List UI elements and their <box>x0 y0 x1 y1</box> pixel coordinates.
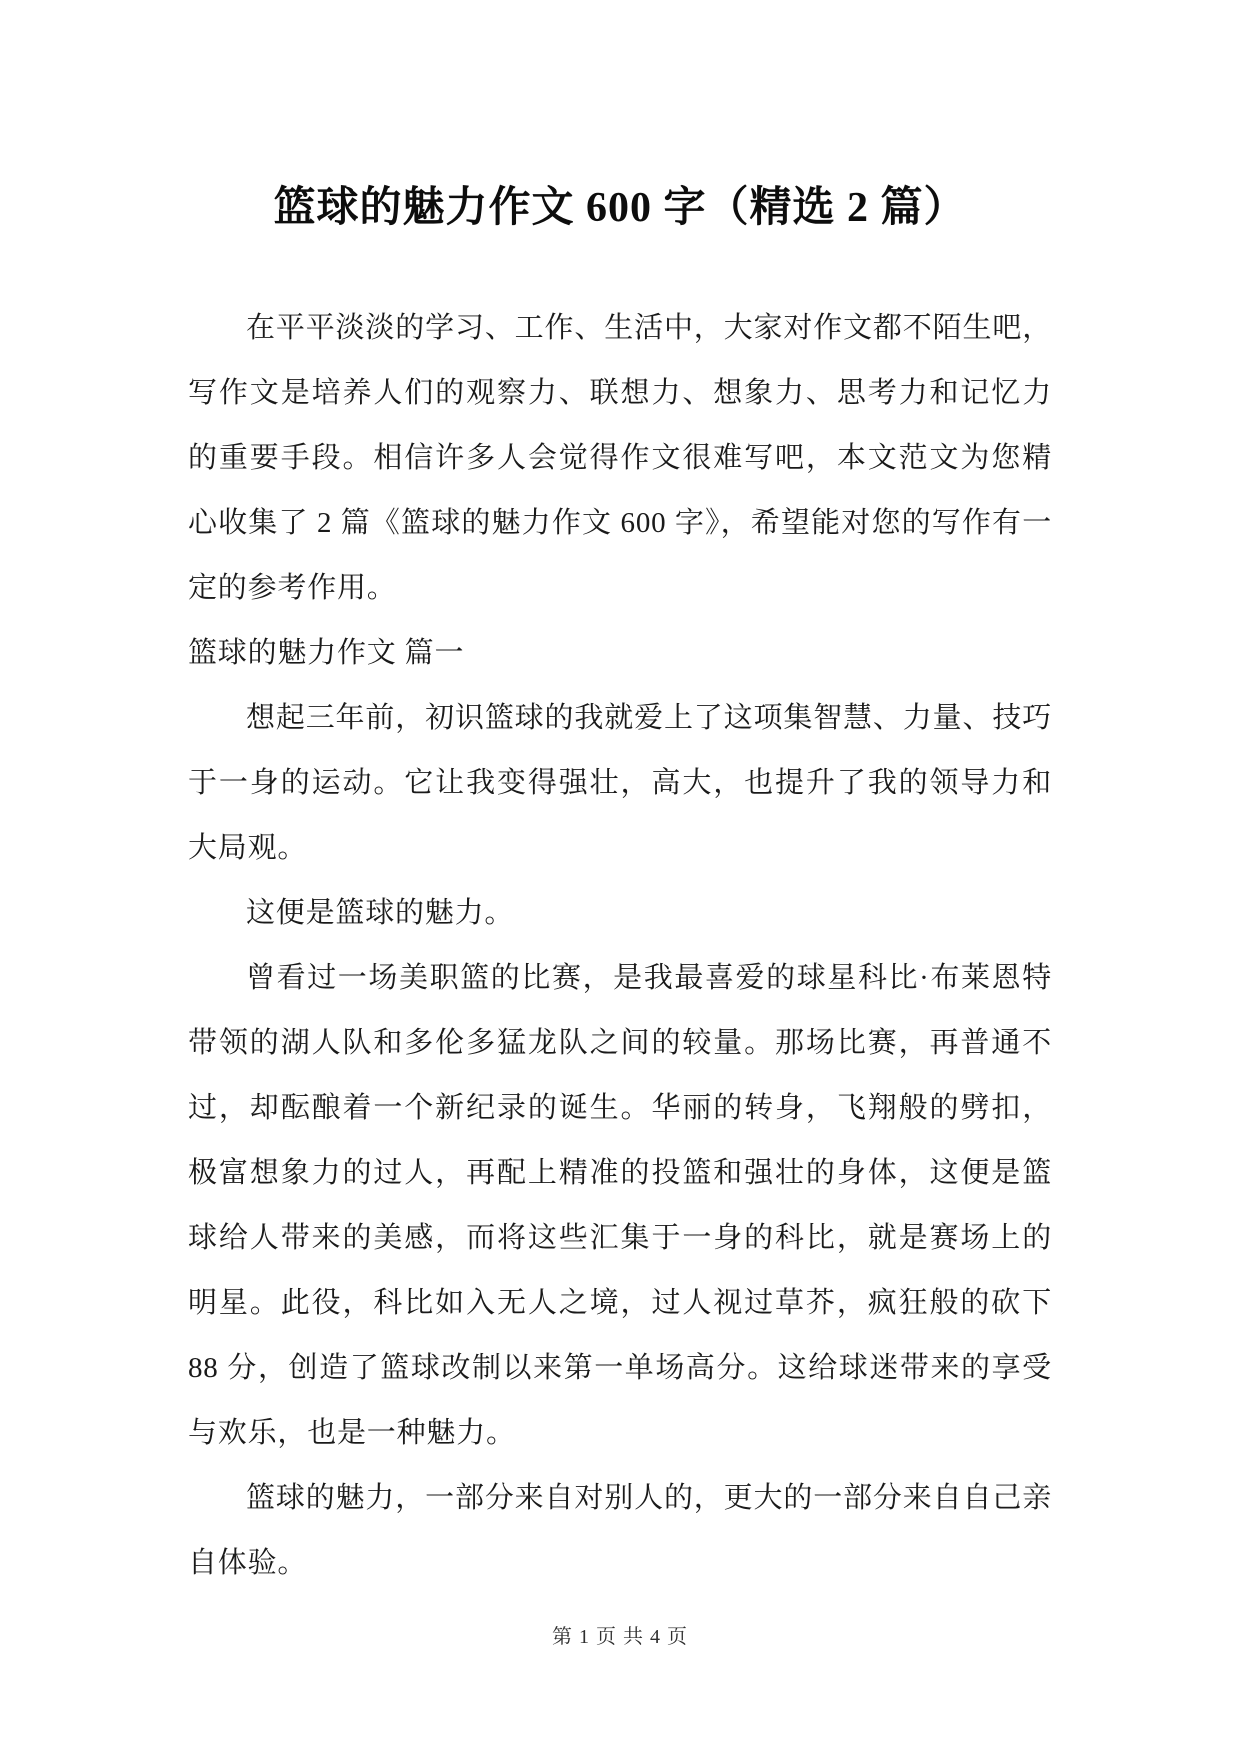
paragraph-intro: 在平平淡淡的学习、工作、生活中，大家对作文都不陌生吧，写作文是培养人们的观察力、… <box>188 296 1052 621</box>
section-heading: 篮球的魅力作文 篇一 <box>188 621 1052 686</box>
paragraph: 篮球的魅力，一部分来自对别人的，更大的一部分来自自己亲自体验。 <box>188 1466 1052 1596</box>
page-content: 篮球的魅力作文 600 字（精选 2 篇） 在平平淡淡的学习、工作、生活中，大家… <box>188 0 1052 1596</box>
paragraph: 曾看过一场美职篮的比赛，是我最喜爱的球星科比·布莱恩特带领的湖人队和多伦多猛龙队… <box>188 946 1052 1466</box>
paragraph: 这便是篮球的魅力。 <box>188 881 1052 946</box>
document-body: 在平平淡淡的学习、工作、生活中，大家对作文都不陌生吧，写作文是培养人们的观察力、… <box>188 296 1052 1596</box>
page-number-footer: 第 1 页 共 4 页 <box>0 1622 1240 1652</box>
paragraph: 想起三年前，初识篮球的我就爱上了这项集智慧、力量、技巧于一身的运动。它让我变得强… <box>188 686 1052 881</box>
document-page: 篮球的魅力作文 600 字（精选 2 篇） 在平平淡淡的学习、工作、生活中，大家… <box>0 0 1240 1753</box>
document-title: 篮球的魅力作文 600 字（精选 2 篇） <box>188 0 1052 238</box>
